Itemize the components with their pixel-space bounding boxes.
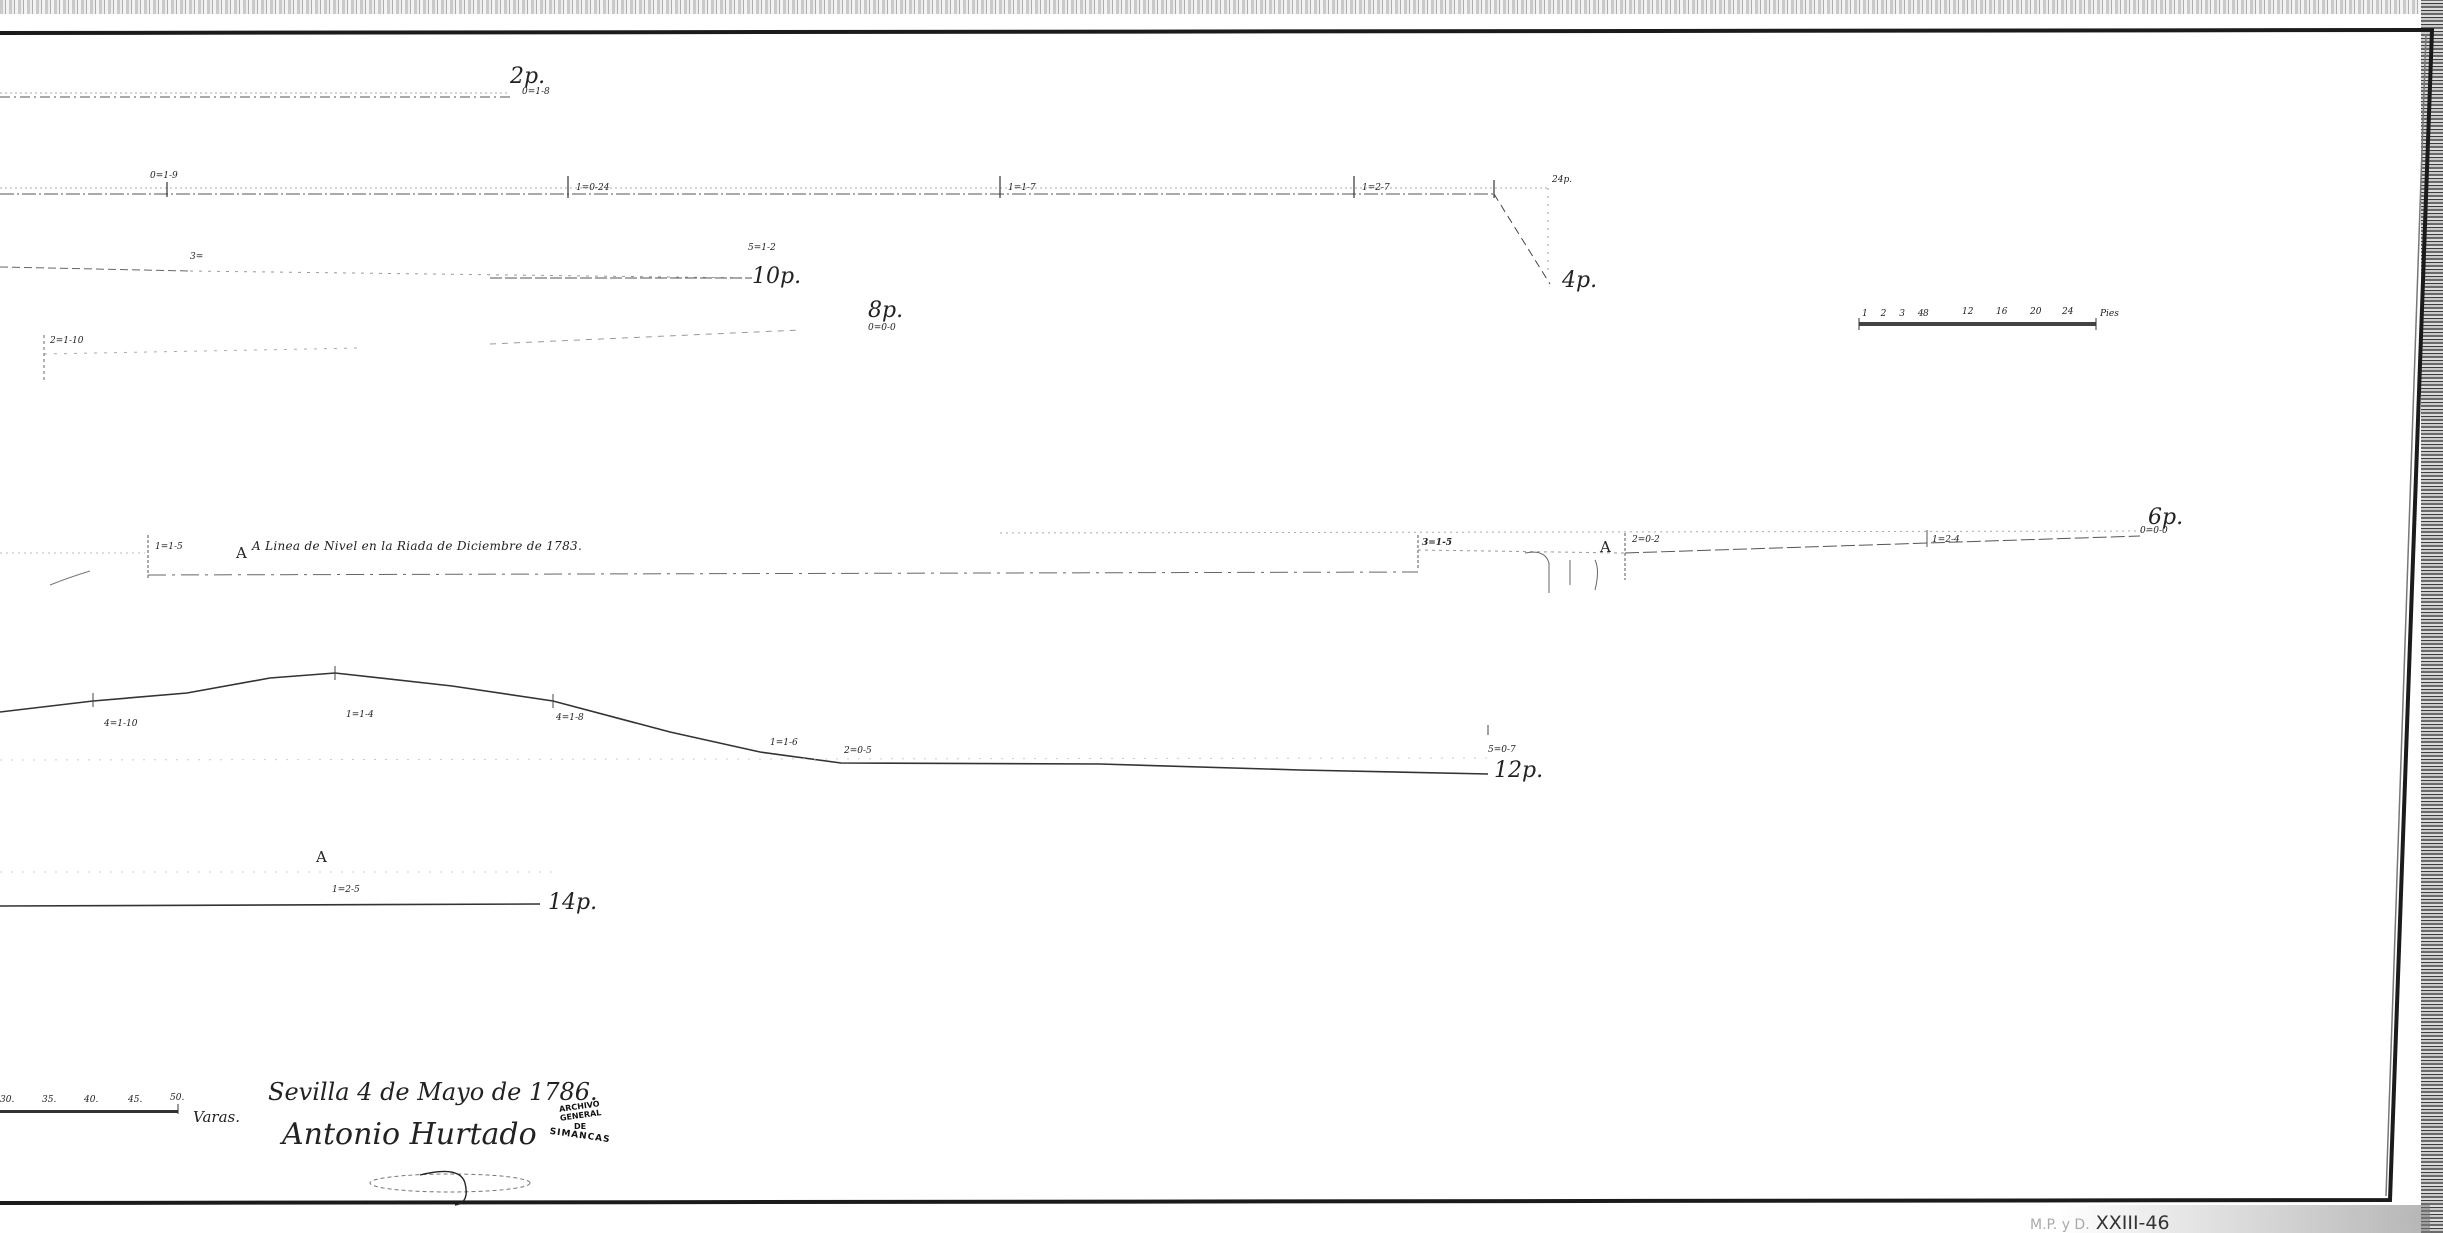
scale-tick: 40. bbox=[84, 1096, 98, 1105]
scale-tick: 45. bbox=[128, 1096, 142, 1105]
scale-tick: 12 bbox=[1962, 308, 1973, 317]
station-label: 1=1-7 bbox=[1008, 184, 1036, 193]
station-label: 4=1-10 bbox=[104, 720, 138, 729]
station-label: 2=0-5 bbox=[844, 747, 872, 756]
station-label: 1=2-4 bbox=[1932, 536, 1960, 545]
end-label-8: 8p. bbox=[868, 300, 903, 322]
station-label: 1=1-5 bbox=[155, 543, 183, 552]
scale-tick: 20 bbox=[2030, 308, 2041, 317]
archive-stamp: ARCHIVO GENERAL DE SIMANCAS bbox=[540, 1102, 620, 1152]
station-label: 2=0-2 bbox=[1632, 536, 1660, 545]
scale-tick: 16 bbox=[1996, 308, 2007, 317]
sheet-border bbox=[0, 30, 2432, 1203]
station-label: 1=0-24 bbox=[576, 184, 610, 193]
station-label: 4=1-8 bbox=[556, 714, 584, 723]
scale-tick: 50. bbox=[170, 1094, 184, 1103]
station-label: 0=0-0 bbox=[2140, 527, 2168, 536]
scale-tick: 24 bbox=[2062, 308, 2073, 317]
archive-reference-prefix: M.P. y D. bbox=[2030, 1217, 2090, 1233]
end-label-2: 2p. bbox=[510, 66, 545, 88]
scale-feet-ticks: 1 2 3 4 bbox=[1862, 310, 1924, 319]
signature-name: Antonio Hurtado bbox=[282, 1120, 537, 1150]
level-marker: A bbox=[316, 850, 327, 865]
station-label: 0=0-0 bbox=[868, 324, 896, 333]
end-label-4: 4p. bbox=[1562, 270, 1597, 292]
drawing-canvas bbox=[0, 0, 2443, 1233]
sheet-border-inner bbox=[2386, 34, 2426, 1196]
level-marker: A bbox=[1600, 540, 1611, 555]
scale-unit: Pies bbox=[2100, 310, 2119, 319]
legend-text: A Linea de Nivel en la Riada de Diciembr… bbox=[252, 540, 582, 552]
station-label: 3= bbox=[190, 253, 203, 262]
station-label: 1=1-6 bbox=[770, 739, 798, 748]
archive-reference: M.P. y D. XXIII-46 bbox=[2030, 1212, 2170, 1233]
end-label-14: 14p. bbox=[548, 892, 597, 914]
station-label: 3=1-5 bbox=[1422, 539, 1452, 548]
end-label-12: 12p. bbox=[1494, 760, 1543, 782]
archive-reference-code: XXIII-46 bbox=[2096, 1212, 2170, 1233]
scale-tick: 35. bbox=[42, 1096, 56, 1105]
end-label-24: 24p. bbox=[1552, 176, 1572, 185]
scale-tick: 30. bbox=[0, 1096, 14, 1105]
station-label: 1=2-5 bbox=[332, 886, 360, 895]
station-label: 0=1-9 bbox=[150, 172, 178, 181]
station-label: 0=1-8 bbox=[522, 88, 550, 97]
station-label: 1=1-4 bbox=[346, 711, 374, 720]
scale-tick: 8 bbox=[1923, 310, 1929, 319]
level-marker: A bbox=[236, 546, 247, 561]
station-label: 5=0-7 bbox=[1488, 746, 1516, 755]
scale-unit: Varas. bbox=[193, 1110, 240, 1125]
station-label: 1=2-7 bbox=[1362, 184, 1390, 193]
station-label: 5=1-2 bbox=[748, 244, 776, 253]
station-label: 2=1-10 bbox=[50, 337, 84, 346]
place-date: Sevilla 4 de Mayo de 1786. bbox=[268, 1080, 598, 1104]
end-label-10: 10p. bbox=[752, 266, 801, 288]
